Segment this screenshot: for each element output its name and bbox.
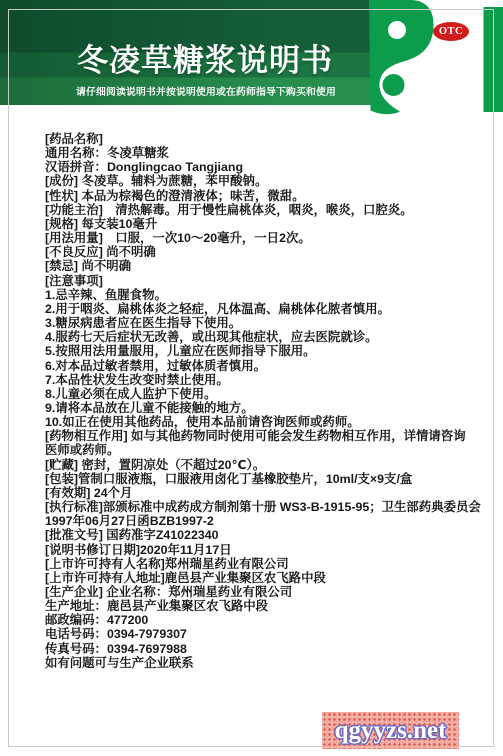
text-line: 5.按照用法用量服用，儿童应在医师指导下服用。	[45, 344, 463, 358]
text-line: 通用名称：冬凌草糖浆	[45, 146, 463, 160]
text-line: [说明书修订日期]2020年11月17日	[45, 543, 463, 557]
text-line: 6.对本品过敏者禁用，过敏体质者慎用。	[45, 359, 463, 373]
text-line: 8.儿童必须在成人监护下使用。	[45, 387, 463, 401]
text-line: [包装]管制口服液瓶，口服液用卤化丁基橡胶垫片，10ml/支×9支/盒	[45, 472, 463, 486]
text-line: [规格] 每支装10毫升	[45, 217, 463, 231]
right-green-bar	[484, 7, 503, 112]
text-line: [药物相互作用] 如与其他药物同时使用可能会发生药物相互作用，详情请咨询	[45, 429, 463, 443]
text-line: [执行标准]部颁标准中成药成方制剂第十册 WS3-B-1915-95；卫生部药典…	[45, 500, 463, 514]
text-line: 传真号码：0394-7697988	[45, 642, 463, 656]
text-line: [禁忌] 尚不明确	[45, 259, 463, 273]
otc-label: OTC	[439, 26, 463, 37]
text-line: 医师或药师。	[45, 443, 463, 457]
text-line: 生产地址：鹿邑县产业集聚区农飞路中段	[45, 599, 463, 613]
text-line: [贮藏] 密封，置阴凉处（不超过20℃）。	[45, 458, 463, 472]
text-line: [不良反应] 尚不明确	[45, 245, 463, 259]
body-text: [药品名称]通用名称：冬凌草糖浆汉语拼音：Donglingcao Tangjia…	[45, 132, 463, 670]
text-line: 汉语拼音：Donglingcao Tangjiang	[45, 160, 463, 174]
text-line: [批准文号] 国药准字Z41022340	[45, 528, 463, 542]
text-line: 1997年06月27日函BZB1997-2	[45, 514, 463, 528]
text-line: 邮政编码：477200	[45, 613, 463, 627]
text-line: [上市许可持有人地址]鹿邑县产业集聚区农飞路中段	[45, 571, 463, 585]
text-line: 1.忌辛辣、鱼腥食物。	[45, 288, 463, 302]
text-line: [注意事项]	[45, 274, 463, 288]
yinyang-green-dot-icon	[383, 74, 405, 96]
watermark-text: qgyyzs.net	[335, 717, 447, 745]
header-subtitle: 请仔细阅读说明书并按说明使用或在药师指导下购买和使用	[40, 84, 372, 98]
header-banner: 冬凌草糖浆说明书 请仔细阅读说明书并按说明使用或在药师指导下购买和使用 OTC	[0, 0, 503, 125]
text-line: [性状] 本品为棕褐色的澄清液体；味苦，微甜。	[45, 189, 463, 203]
text-line: [药品名称]	[45, 132, 463, 146]
yinyang-white-dot-icon	[388, 21, 406, 39]
text-line: 4.服药七天后症状无改善，或出现其他症状，应去医院就诊。	[45, 330, 463, 344]
yinyang-shape	[369, 0, 434, 114]
text-line: 7.本品性状发生改变时禁止使用。	[45, 373, 463, 387]
text-line: [有效期] 24个月	[45, 486, 463, 500]
text-line: 如有问题可与生产企业联系	[45, 656, 463, 670]
text-line: [成份] 冬凌草。辅料为蔗糖，苯甲酸钠。	[45, 174, 463, 188]
text-line: [上市许可持有人名称]郑州瑞星药业有限公司	[45, 557, 463, 571]
page-title: 冬凌草糖浆说明书	[40, 44, 370, 78]
text-line: 10.如正在使用其他药品，使用本品前请咨询医师或药师。	[45, 415, 463, 429]
text-line: 9.请将本品放在儿童不能接触的地方。	[45, 401, 463, 415]
otc-badge: OTC	[433, 22, 469, 41]
text-line: [功能主治] 清热解毒。用于慢性扁桃体炎，咽炎，喉炎，口腔炎。	[45, 203, 463, 217]
text-line: [用法用量] 口服，一次10～20毫升，一日2次。	[45, 231, 463, 245]
text-line: 电话号码：0394-7979307	[45, 627, 463, 641]
text-line: 3.糖尿病患者应在医生指导下使用。	[45, 316, 463, 330]
text-line: [生产企业] 企业名称：郑州瑞星药业有限公司	[45, 585, 463, 599]
watermark: qgyyzs.net	[322, 712, 459, 749]
text-line: 2.用于咽炎、扁桃体炎之轻症，凡体温高、扁桃体化脓者慎用。	[45, 302, 463, 316]
